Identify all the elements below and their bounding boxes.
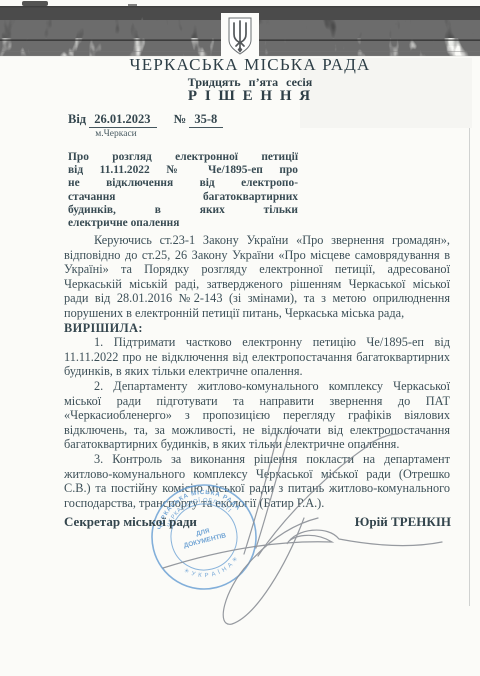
subject-line: від 11.11.2022 № Че/1895-еп про	[68, 164, 298, 177]
subject-line: не відключення від електропо-	[68, 177, 298, 190]
page-edge-line	[469, 128, 470, 606]
coat-of-arms-box	[221, 13, 259, 60]
subject-block: Про розгляд електронної петиції від 11.1…	[68, 151, 298, 230]
meta-line: Від 26.01.2023 № 35-8	[68, 112, 223, 127]
intro-paragraph: Керуючись ст.23-1 Закону України «Про зв…	[64, 233, 450, 321]
handwritten-signature	[128, 418, 468, 636]
document-type-title: Р І Ш Е Н Н Я	[10, 88, 480, 105]
council-name: ЧЕРКАСЬКА МІСЬКА РАДА	[10, 55, 480, 75]
document-page: { "doc": { "header": { "council": "ЧЕРКА…	[0, 0, 480, 676]
scan-artifact-mark	[22, 1, 48, 6]
subject-line: стачання багатоквартирних	[68, 191, 298, 204]
subject-line: будинків, в яких тільки	[68, 204, 298, 217]
subject-line: електричне опалення	[68, 217, 298, 230]
resolution-item: 1. Підтримати частково електронну петиці…	[64, 335, 450, 379]
resolved-label: ВИРІШИЛА:	[64, 321, 450, 336]
number-label: №	[174, 112, 187, 126]
decision-date: 26.01.2023	[89, 112, 156, 128]
scan-artifact-mark	[128, 4, 137, 6]
city-line: м.Черкаси	[80, 129, 152, 139]
subject-line: Про розгляд електронної петиції	[68, 151, 298, 164]
date-label: Від	[68, 112, 86, 126]
decision-number: 35-8	[189, 112, 223, 128]
ukraine-trident-icon	[227, 17, 253, 56]
